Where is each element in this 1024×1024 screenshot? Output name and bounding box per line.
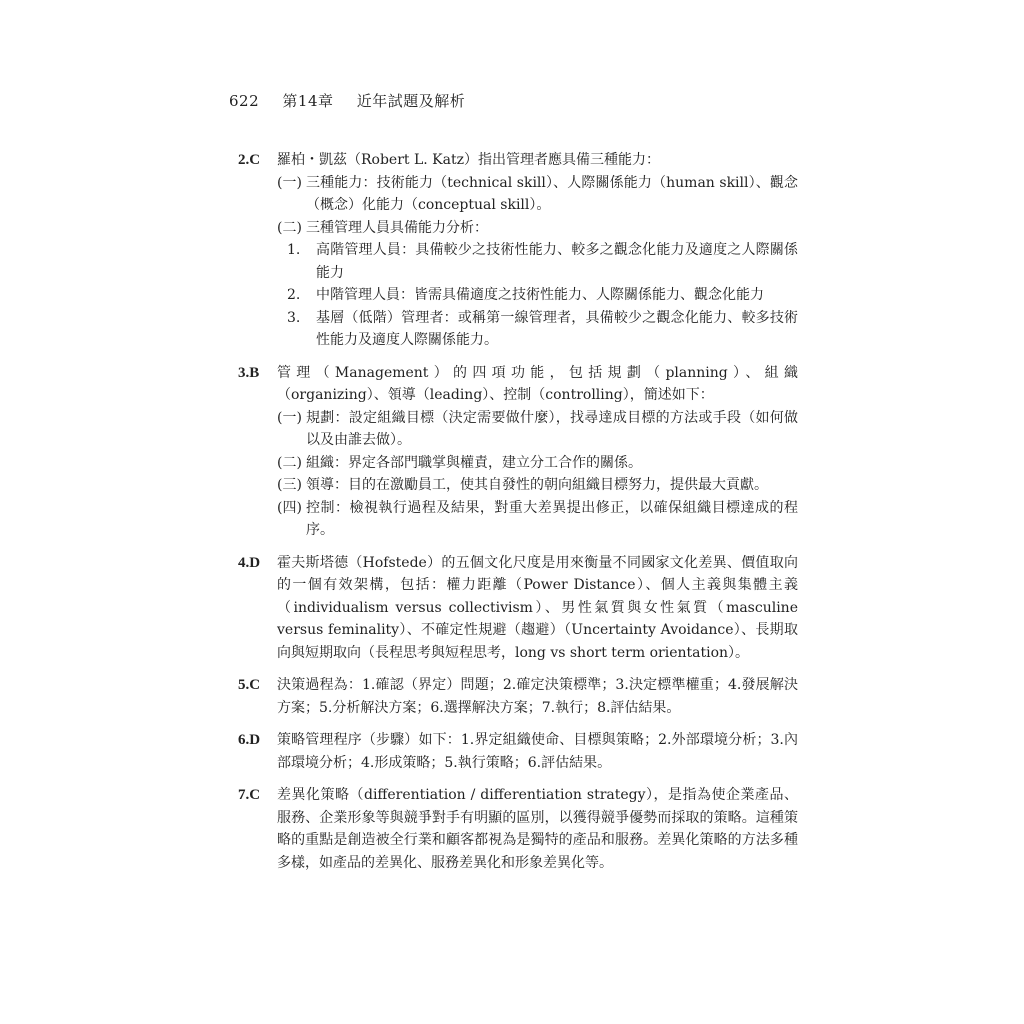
question-number: 5.C — [238, 674, 260, 697]
question-3: 3.B 管理（Management）的四項功能，包括規劃（planning）、組… — [238, 362, 798, 542]
page-header: 622 第14章 近年試題及解析 — [229, 90, 483, 111]
sub-list-item: 2. 中階管理人員：皆需具備適度之技術性能力、人際關係能力、觀念化能力 — [287, 284, 798, 307]
question-explanation: 策略管理程序（步驟）如下：1.界定組織使命、目標與策略；2.外部環境分析；3.內… — [277, 729, 798, 774]
page-number: 622 — [229, 92, 259, 110]
question-number: 2.C — [238, 149, 260, 172]
question-explanation: 管理（Management）的四項功能，包括規劃（planning）、組織（or… — [277, 362, 798, 407]
list-item: (二) 三種管理人員具備能力分析： — [277, 217, 798, 240]
question-7: 7.C 差異化策略（differentiation / differentiat… — [238, 784, 798, 874]
question-4: 4.D 霍夫斯塔德（Hofstede）的五個文化尺度是用來衡量不同國家文化差異、… — [238, 552, 798, 665]
question-5: 5.C 決策過程為：1.確認（界定）問題；2.確定決策標準；3.決定標準權重；4… — [238, 674, 798, 719]
answer-explanations: 2.C 羅柏・凱茲（Robert L. Katz）指出管理者應具備三種能力： (… — [238, 149, 798, 884]
question-2: 2.C 羅柏・凱茲（Robert L. Katz）指出管理者應具備三種能力： (… — [238, 149, 798, 352]
list-item: (四) 控制：檢視執行過程及結果，對重大差異提出修正，以確保組織目標達成的程序。 — [277, 497, 798, 542]
sub-list-item: 1. 高階管理人員：具備較少之技術性能力、較多之觀念化能力及適度之人際關係能力 — [287, 239, 798, 284]
question-number: 3.B — [238, 362, 259, 385]
question-explanation: 羅柏・凱茲（Robert L. Katz）指出管理者應具備三種能力： — [277, 149, 798, 172]
chapter-title: 近年試題及解析 — [357, 92, 466, 110]
question-number: 4.D — [238, 552, 260, 575]
question-6: 6.D 策略管理程序（步驟）如下：1.界定組織使命、目標與策略；2.外部環境分析… — [238, 729, 798, 774]
chapter-label: 第14章 — [282, 92, 333, 110]
question-number: 7.C — [238, 784, 260, 807]
list-item: (一) 三種能力：技術能力（technical skill）、人際關係能力（hu… — [277, 172, 798, 217]
list-item: (二) 組織：界定各部門職掌與權責，建立分工合作的關係。 — [277, 452, 798, 475]
question-explanation: 差異化策略（differentiation / differentiation … — [277, 784, 798, 874]
sub-list-item: 3. 基層（低階）管理者：或稱第一線管理者，具備較少之觀念化能力、較多技術性能力… — [287, 307, 798, 352]
question-number: 6.D — [238, 729, 260, 752]
list-item: (一) 規劃：設定組織目標（決定需要做什麼），找尋達成目標的方法或手段（如何做以… — [277, 407, 798, 452]
list-item: (三) 領導：目的在激勵員工，使其自發性的朝向組織目標努力，提供最大貢獻。 — [277, 474, 798, 497]
question-explanation: 決策過程為：1.確認（界定）問題；2.確定決策標準；3.決定標準權重；4.發展解… — [277, 674, 798, 719]
question-explanation: 霍夫斯塔德（Hofstede）的五個文化尺度是用來衡量不同國家文化差異、價值取向… — [277, 552, 798, 665]
